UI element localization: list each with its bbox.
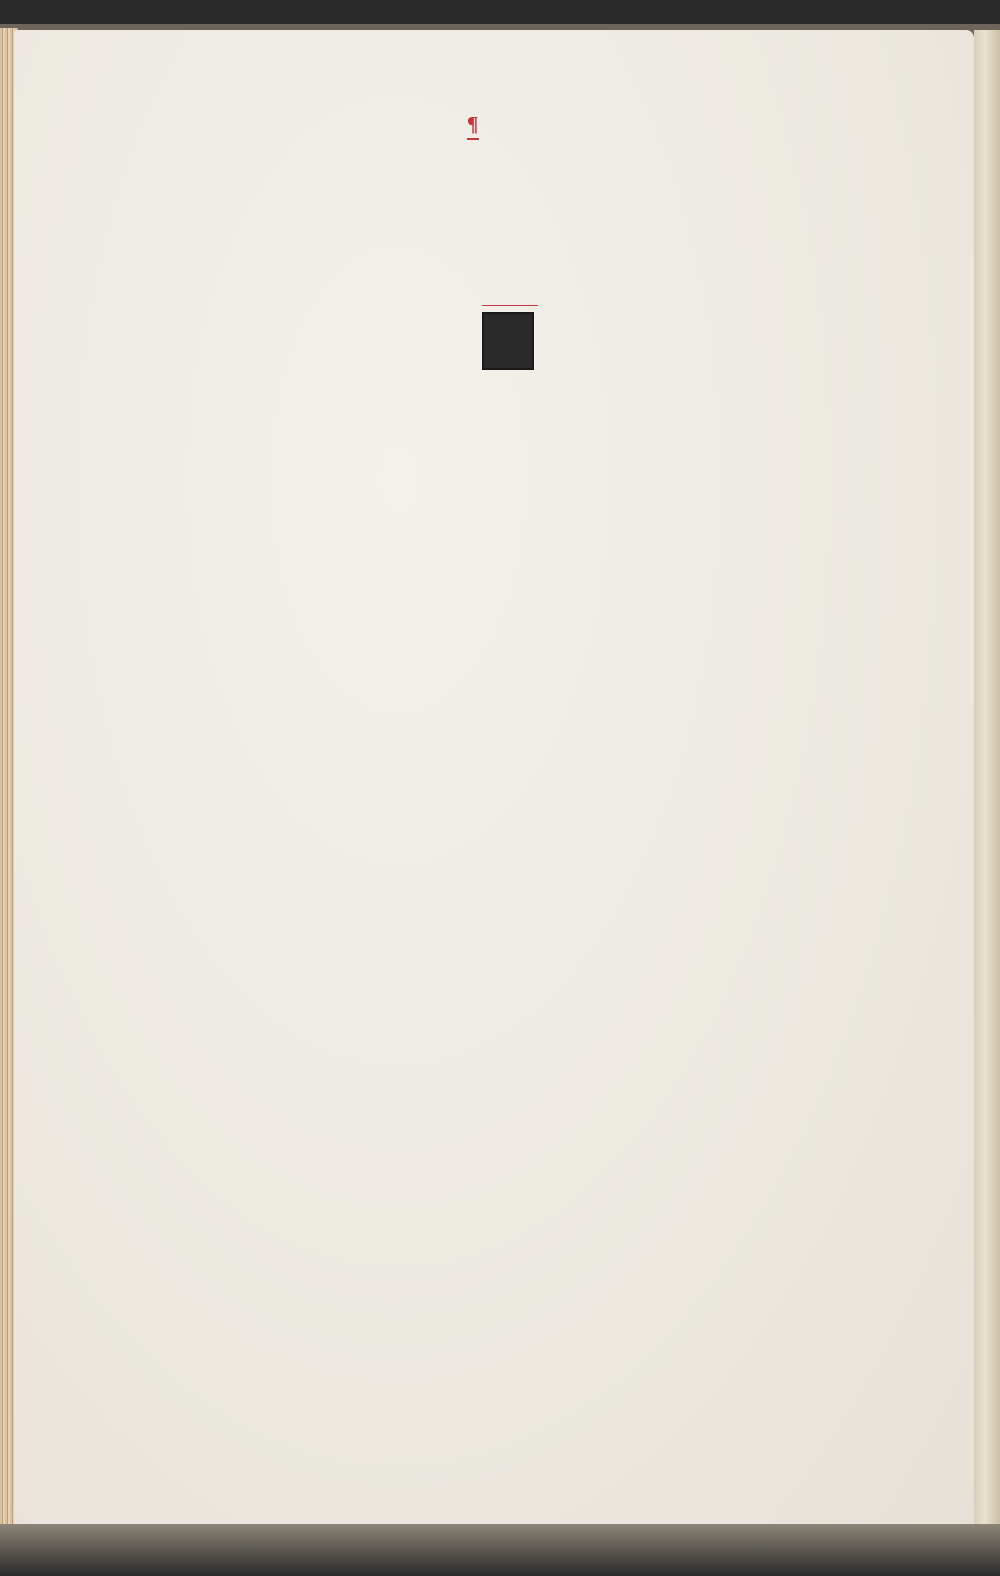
section-heading (482, 305, 538, 306)
decorated-initial-d (482, 312, 534, 370)
running-head: ¶ (467, 112, 479, 140)
page-edges-right (974, 30, 1000, 1530)
page-leaf (14, 30, 974, 1530)
main-text-column (482, 291, 954, 311)
pilcrow-icon: ¶ (467, 112, 479, 136)
binding-bottom (0, 1524, 1000, 1576)
